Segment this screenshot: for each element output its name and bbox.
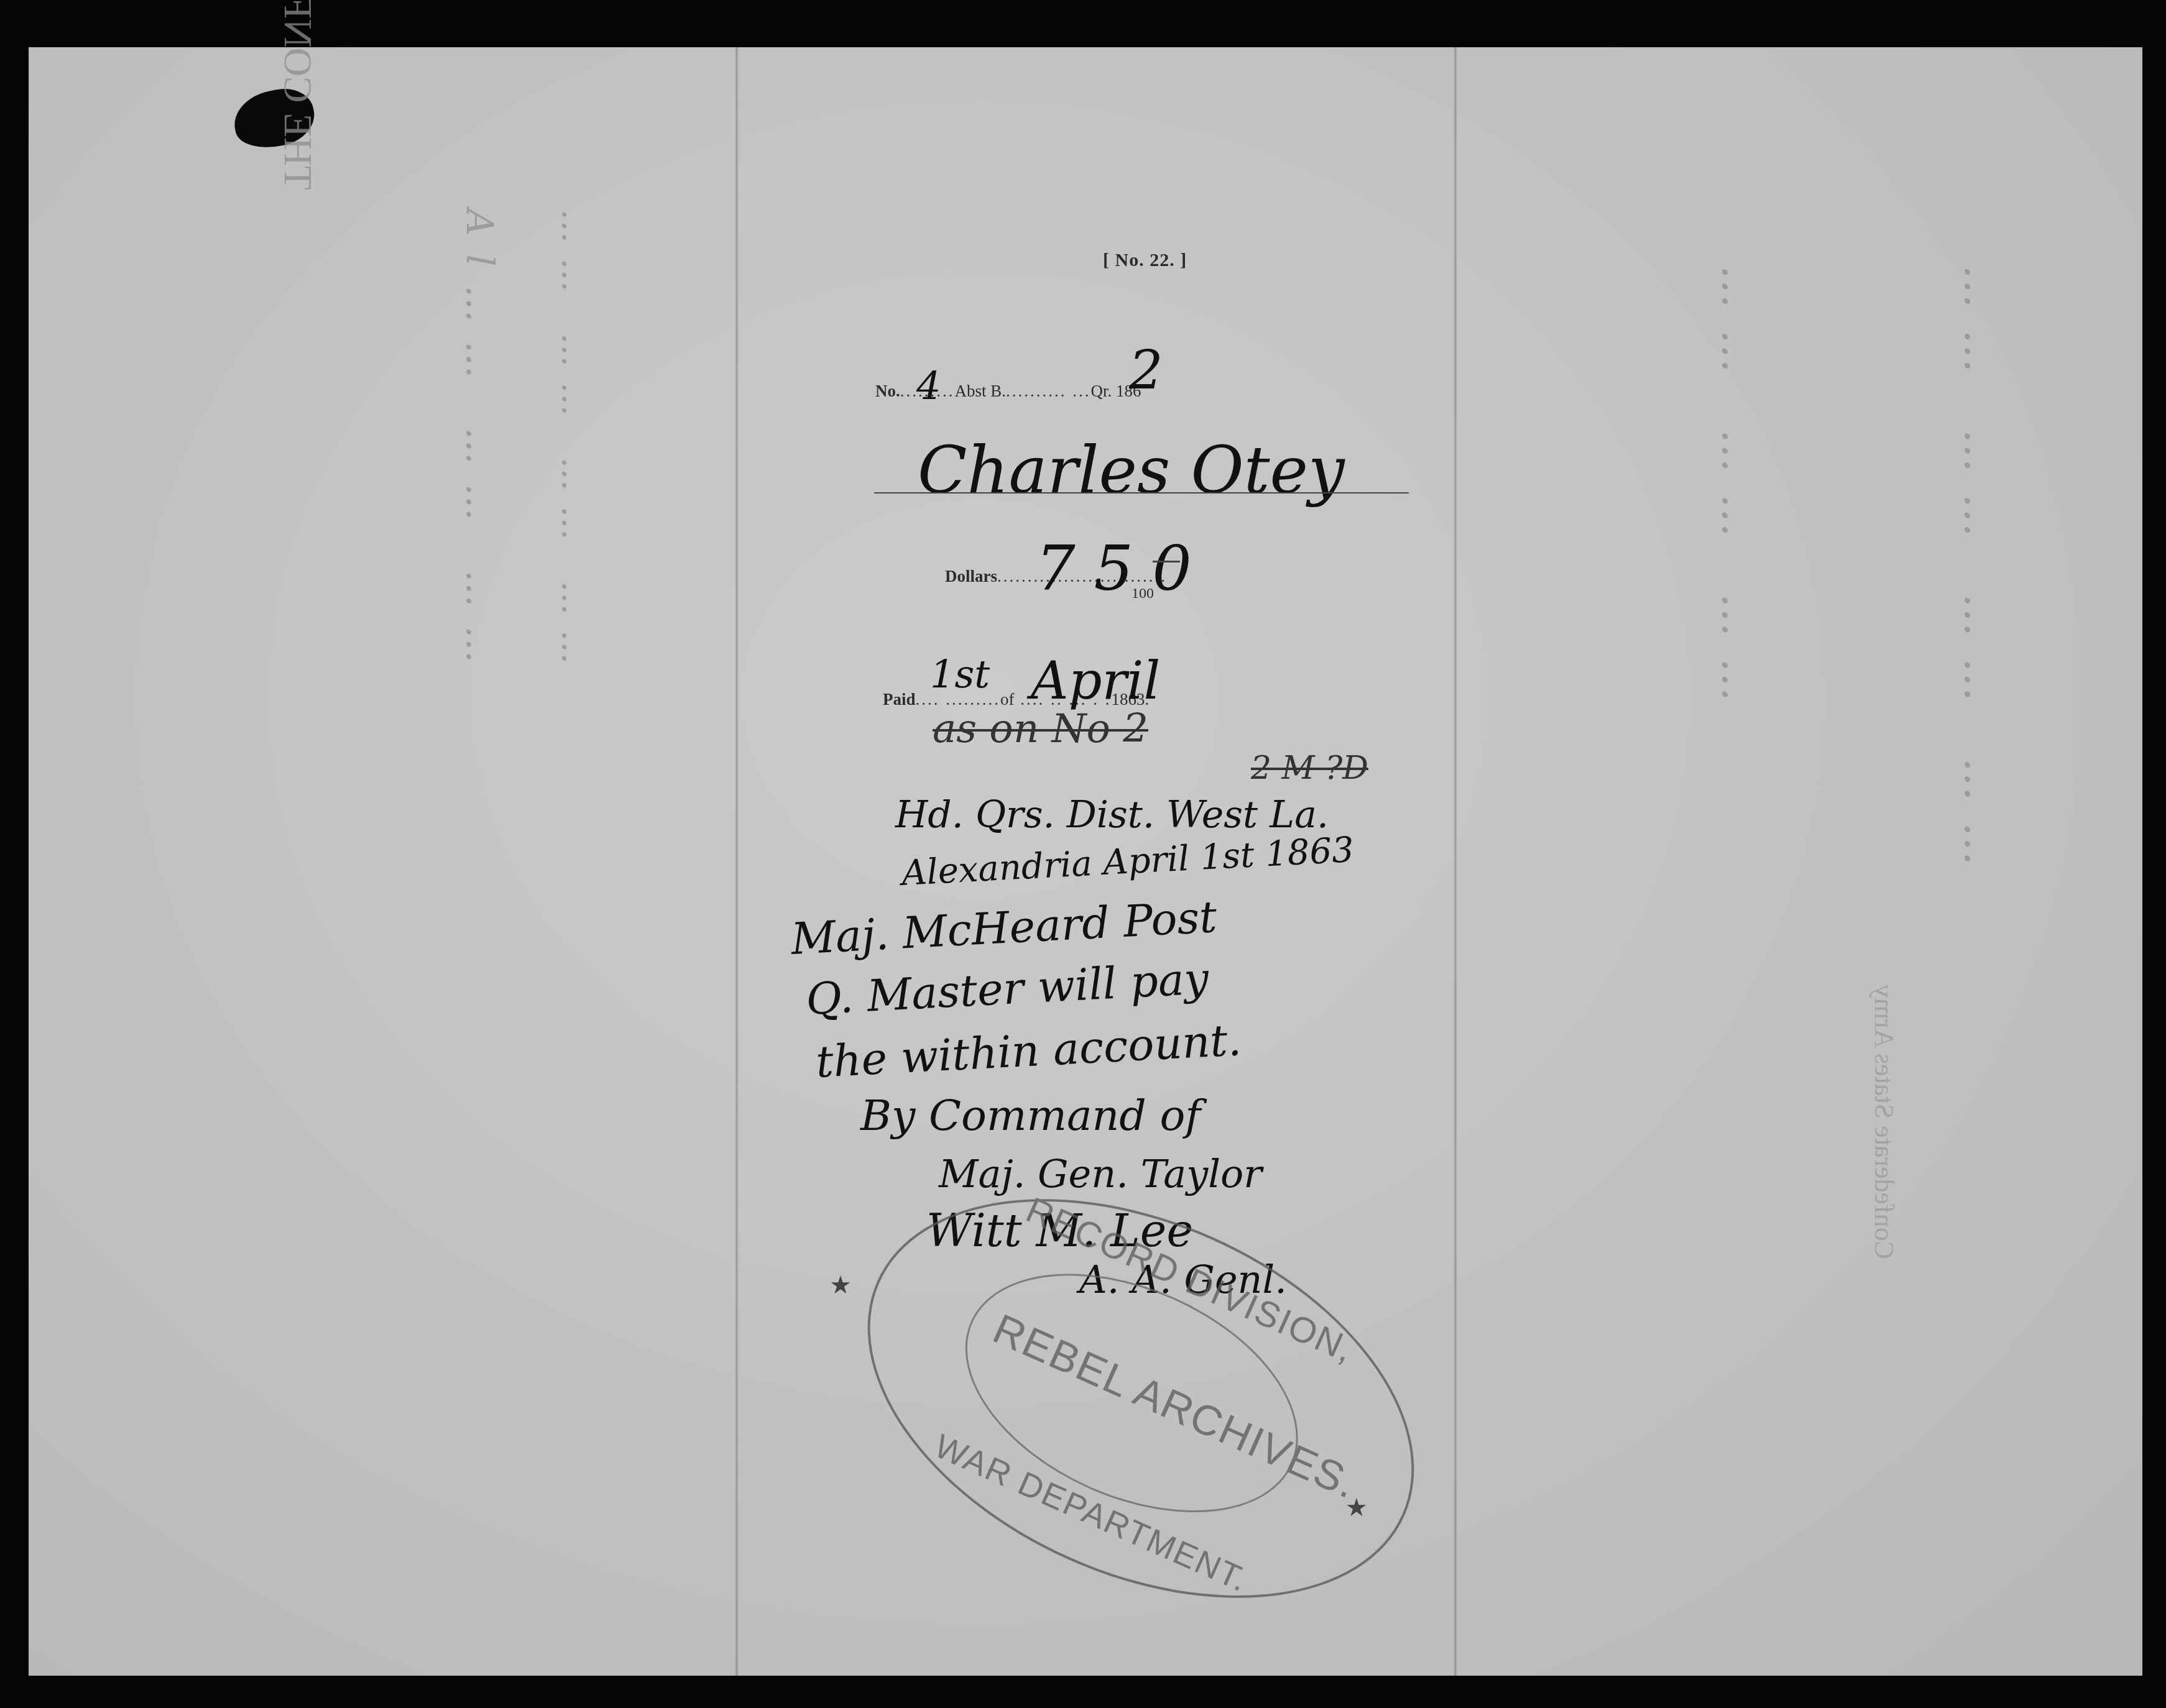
cents-denominator: 100 [1131,585,1154,602]
bleed-through-right: Confederate States Army [1868,985,1900,1259]
payee-name: Charles Otey [918,433,1345,508]
abst-label: Abst B. [955,382,1007,400]
bleed-through-script-left: Al…… …… …… [458,209,501,682]
endorsement-line-2: Alexandria April 1st 1863 [901,830,1355,894]
stamp-star-left: ★ [829,1270,852,1300]
voucher-paper: THE CONFEDERATE STATES Al…… …… …… …… …… … [29,47,2142,1676]
paid-label: Paid [883,690,916,709]
paid-day: 1st [930,651,990,697]
fold-line-left [735,47,739,1676]
bleed-through-script-right: …… …… …… [1712,265,1763,723]
struck-annotation-2: 2 M ?D [1251,750,1368,787]
form-number: [ No. 22. ] [1103,250,1187,271]
voucher-number-value: 4 [916,363,941,408]
dollars-label: Dollars [945,567,997,585]
abstract-value: 2 [1129,339,1163,402]
endorsement-line-1: Hd. Qrs. Dist. West La. [895,793,1329,837]
bleed-through-script-right-2: …… …… …… …… [1955,265,2006,887]
paid-month: April [1031,650,1160,711]
payee-line [874,492,1409,494]
endorsement-line-3: Maj. McHeard Post [790,891,1218,965]
no-label: No. [875,382,900,400]
voucher-number-row: No..........Abst B........... ...Qr. 186 [875,382,1141,401]
amount-dash [1153,561,1180,562]
bleed-through-script-left-2: …… …… …… …… [555,209,594,679]
endorsement-line-7: Maj. Gen. Taylor [939,1151,1262,1196]
endorsement-line-4: Q. Master will pay [804,953,1210,1025]
endorsement-line-6: By Command of [860,1091,1201,1141]
fold-line-right [1454,47,1457,1676]
bleed-through-title: THE CONFEDERATE STATES [275,0,321,190]
archive-stamp: RECORD DIVISION, REBEL ARCHIVES. WAR DEP… [806,1120,1477,1677]
amount-value: 750 [1036,532,1210,605]
struck-annotation-1: as on No 2 [933,706,1148,752]
stamp-star-right: ★ [1345,1493,1368,1522]
endorsement-line-5: the within account. [814,1014,1242,1088]
